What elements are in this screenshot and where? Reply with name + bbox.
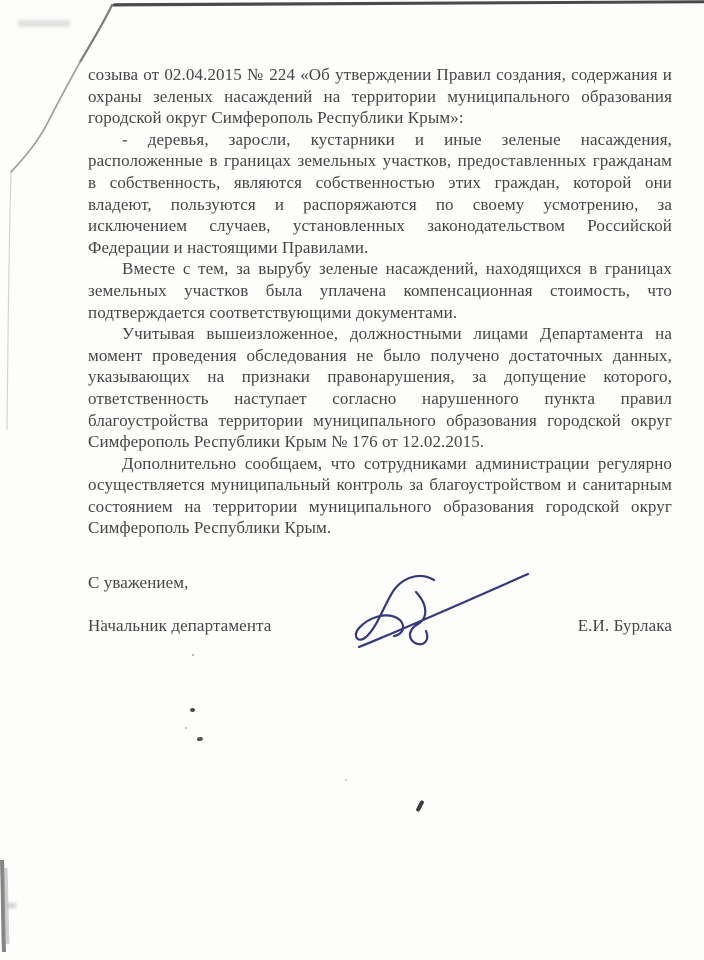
scan-smudge xyxy=(18,20,70,27)
paragraph: - деревья, заросли, кустарники и иные зе… xyxy=(88,129,672,259)
document-body: созыва от 02.04.2015 № 224 «Об утвержден… xyxy=(88,64,672,636)
signature-ink xyxy=(331,565,531,665)
scan-speck xyxy=(190,708,195,712)
scanned-letter-page: созыва от 02.04.2015 № 224 «Об утвержден… xyxy=(0,0,704,960)
paragraph: Вместе с тем, за вырубу зеленые насажден… xyxy=(88,258,672,323)
scan-speck xyxy=(192,654,194,656)
signer-title: Начальник департамента xyxy=(88,615,271,637)
scan-speck xyxy=(197,736,204,741)
signature-block: Начальник департамента Е.И. Бурлака xyxy=(88,615,672,637)
paragraph: созыва от 02.04.2015 № 224 «Об утвержден… xyxy=(88,64,672,129)
scan-speck xyxy=(185,727,187,729)
paragraph: Учитывая вышеизложенное, должностными ли… xyxy=(88,323,672,453)
scan-smudge xyxy=(6,903,16,908)
scan-speck xyxy=(415,800,424,812)
paragraph: Дополнительно сообщаем, что сотрудниками… xyxy=(88,453,672,539)
scan-top-edge-line xyxy=(111,0,704,6)
scan-speck xyxy=(345,779,347,781)
signer-name: Е.И. Бурлака xyxy=(578,615,672,637)
